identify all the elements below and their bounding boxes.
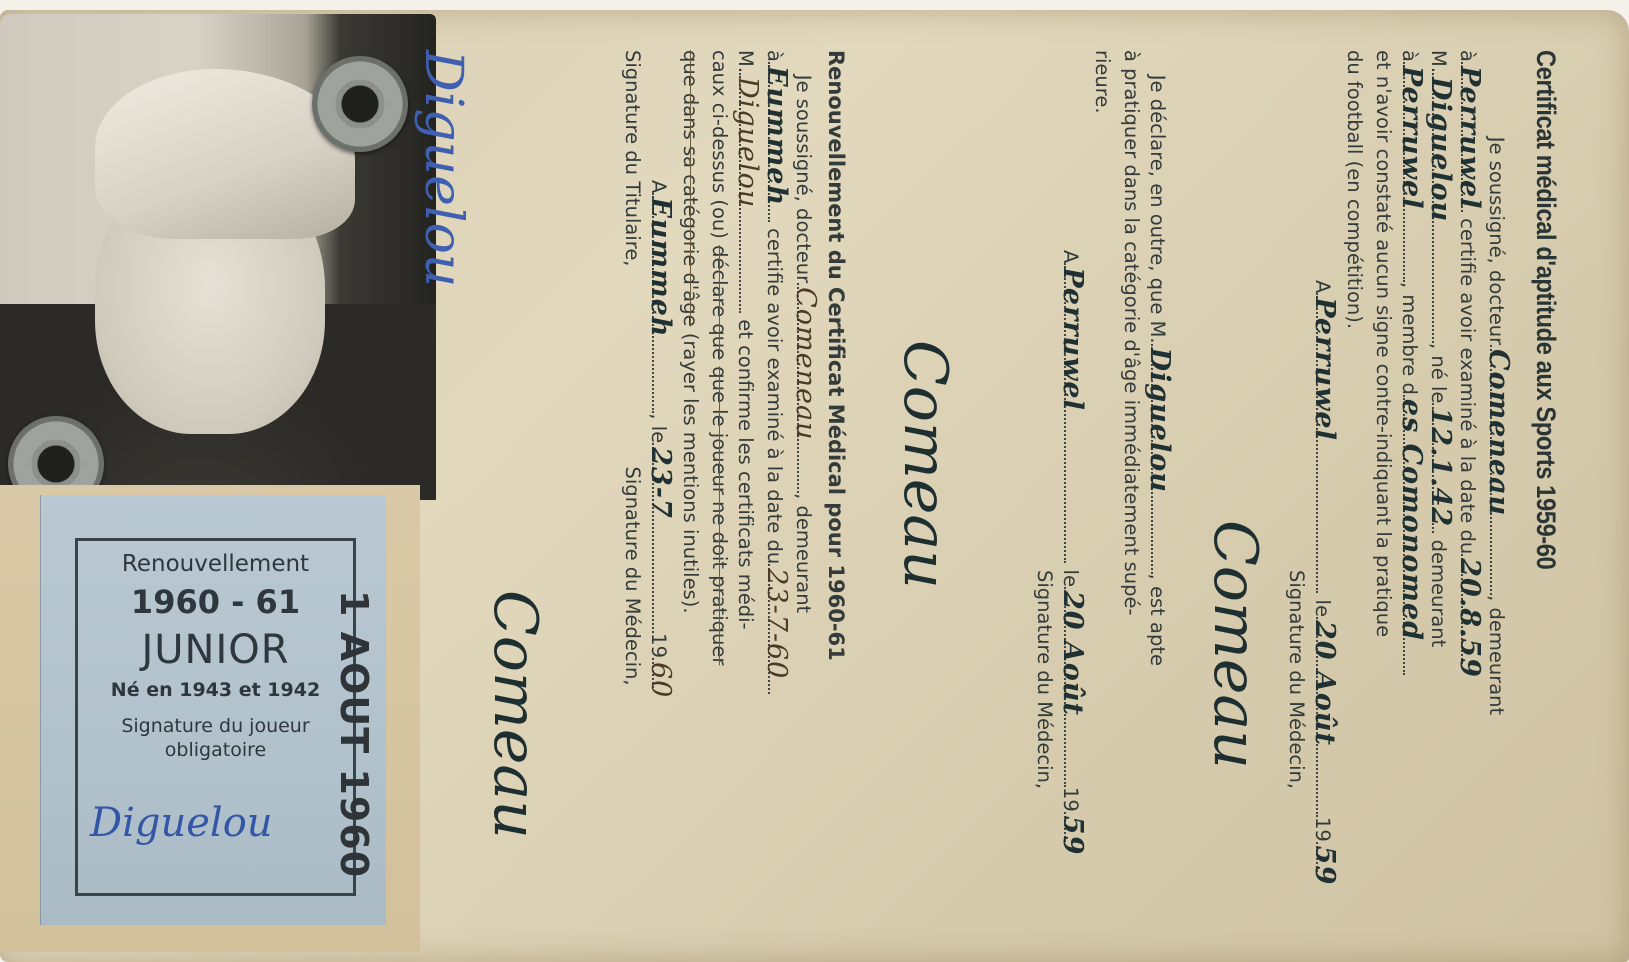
exam-date-field: 23-7-60	[768, 564, 792, 694]
player-name-field: Diguelou	[739, 73, 763, 313]
date-stamp: 1 AOUT 1960	[340, 590, 380, 860]
doctor-city-field: Perruwel	[1461, 62, 1485, 212]
year-field: 60	[652, 658, 676, 688]
certificate-text: Certificat médical d'aptitude aux Sports…	[410, 50, 1560, 930]
place-field: Eummeh	[652, 193, 676, 413]
doctor-name-field: Comeneau	[797, 283, 821, 493]
player-name-field: Diguelou	[1151, 344, 1175, 574]
doctor-signature: Comeau	[1200, 520, 1270, 769]
exam-date-field: 20.8.59	[1461, 554, 1485, 664]
birth-date-field: 12.1.42	[1432, 403, 1456, 533]
grommet-icon	[312, 56, 408, 152]
certificate-title: Certificat médical d'aptitude aux Sports…	[1531, 50, 1560, 569]
player-name-field: Diguelou	[1432, 73, 1456, 343]
doctor-signature: Comeau	[890, 340, 960, 589]
renewal-doctor-signature: Comeau	[480, 590, 550, 839]
date-field: 20 Août	[1064, 587, 1088, 787]
stamp-born: Né en 1943 et 1942	[78, 679, 353, 701]
stamp-heading: Renouvellement	[78, 551, 353, 577]
doctor-city-field: Eummeh	[768, 62, 792, 222]
stamp-signature-required: obligatoire	[78, 739, 353, 761]
stamp-signature-label: Signature du joueur	[78, 715, 353, 737]
stamp-category: JUNIOR	[78, 627, 353, 673]
date-field: 20 Août	[1316, 617, 1340, 817]
section-renewal: Renouvellement du Certificat Médical pou…	[618, 50, 850, 694]
player-city-field: Perruwel	[1403, 62, 1427, 282]
section-examination: Je soussigné, docteurComeneau, demeurant…	[1282, 50, 1514, 872]
player-signature: Diguelou	[90, 800, 273, 846]
year-field: 59	[1316, 842, 1340, 872]
doctor-name-field: Comeneau	[1490, 345, 1514, 595]
place-field: Perruwel	[1316, 293, 1340, 593]
year-field: 59	[1064, 812, 1088, 842]
place-field: Perruwel	[1064, 263, 1088, 563]
section-upgrade: Je déclare, en outre, que M.Diguelou, es…	[1030, 50, 1175, 842]
club-field: es Comonomed	[1403, 395, 1427, 675]
renewal-heading: Renouvellement du Certificat Médical pou…	[821, 50, 850, 694]
date-field: 23-7	[652, 443, 676, 633]
stamp-season: 1960 - 61	[78, 583, 353, 621]
